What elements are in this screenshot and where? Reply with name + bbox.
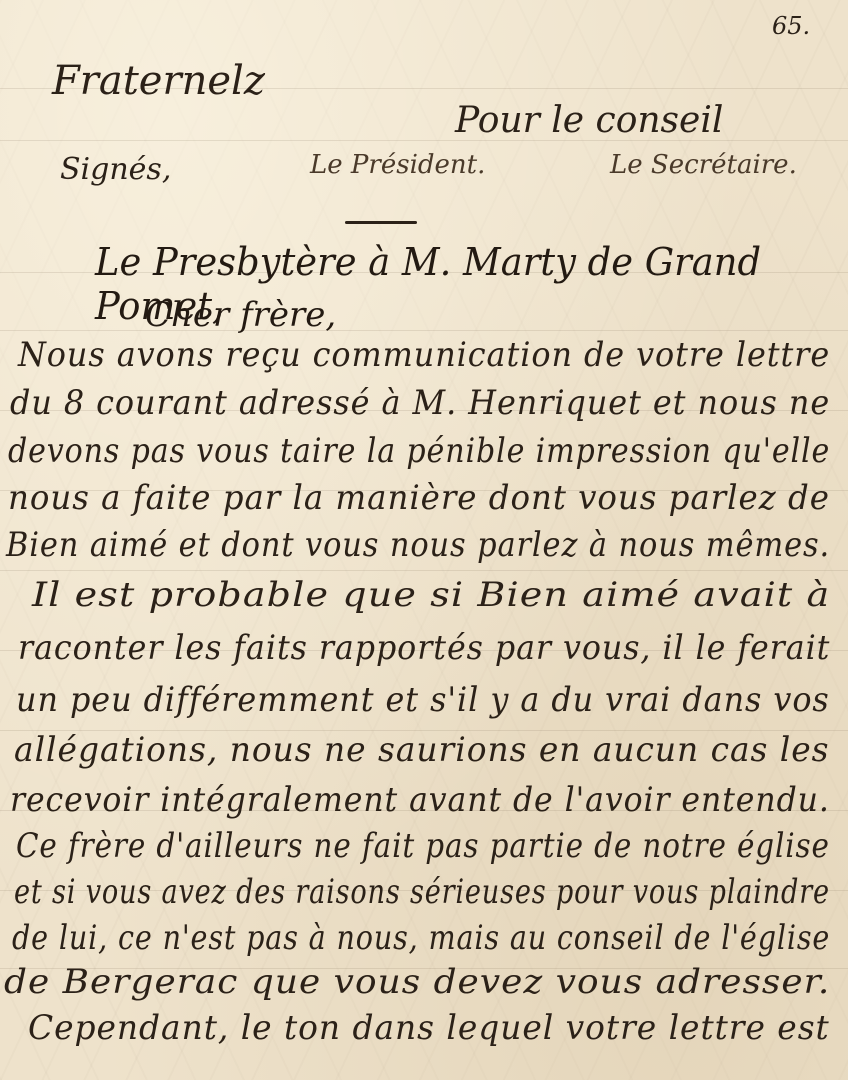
rule-line: [0, 570, 848, 571]
closing-word: Fraternelz: [52, 58, 265, 104]
body-line: Nous avons reçu communication de votre l…: [18, 335, 830, 375]
section-divider: [345, 221, 417, 224]
body-line: de lui, ce n'est pas à nous, mais au con…: [12, 918, 830, 958]
signed-label: Signés,: [60, 152, 171, 187]
body-line: et si vous avez des raisons sérieuses po…: [14, 872, 830, 912]
body-line: un peu différemment et s'il y a du vrai …: [16, 680, 830, 720]
council-line: Pour le conseil: [455, 100, 723, 141]
body-line: Bien aimé et dont vous nous parlez à nou…: [6, 525, 830, 565]
signature-president: Le Président.: [310, 150, 485, 180]
body-line: recevoir intégralement avant de l'avoir …: [10, 780, 830, 820]
salutation: Cher frère,: [145, 295, 336, 335]
body-line: allégations, nous ne saurions en aucun c…: [14, 730, 830, 770]
body-line: raconter les faits rapportés par vous, i…: [18, 628, 830, 668]
body-line: Ce frère d'ailleurs ne fait pas partie d…: [16, 826, 830, 866]
body-line: nous a faite par la manière dont vous pa…: [8, 478, 830, 518]
body-line: Cependant, le ton dans lequel votre lett…: [28, 1008, 830, 1048]
page-number: 65.: [772, 12, 810, 40]
body-line: devons pas vous taire la pénible impress…: [8, 431, 830, 471]
signature-secretary: Le Secrétaire.: [610, 150, 797, 180]
body-line: de Bergerac que vous devez vous adresser…: [4, 962, 830, 1002]
body-line: Il est probable que si Bien aimé avait à: [32, 575, 830, 615]
rule-line: [0, 330, 848, 331]
body-line: du 8 courant adressé à M. Henriquet et n…: [10, 383, 830, 423]
